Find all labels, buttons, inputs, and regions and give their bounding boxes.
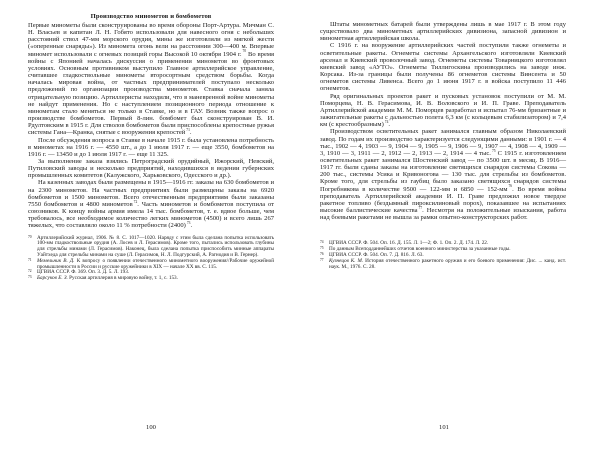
- paragraph: После обсуждения вопроса в Ставке в нача…: [28, 137, 274, 158]
- left-body-text: Первые минометы были сконструированы во …: [28, 22, 274, 230]
- right-footnotes: 74ЦГВИА СССР. Ф. 504. Оп. 16. Д. 155. Л.…: [320, 241, 566, 270]
- page-number: 101: [294, 424, 594, 431]
- paragraph: С 1916 г. на вооружение артиллерийских ч…: [320, 42, 566, 92]
- footnote: 77Кузнецов К. М. История отечественного …: [320, 259, 566, 271]
- footnote-number: 70: [28, 235, 32, 241]
- section-heading: Производство минометов и бомбометов: [28, 13, 274, 21]
- paragraph: Штаты минометных батарей были утверждены…: [320, 21, 566, 42]
- footnote: 70Артиллерийский журнал, 1906. № 8. С. 1…: [28, 236, 274, 259]
- footnote-author: Барсуков Е. З.: [37, 275, 68, 281]
- page-number: 100: [0, 424, 300, 431]
- left-page: Производство минометов и бомбометов Перв…: [0, 0, 300, 455]
- footnote: 73Барсуков Е. З. Русская артиллерия в ми…: [28, 276, 274, 282]
- footnote-number: 71: [28, 258, 32, 264]
- paragraph: Первые минометы были сконструированы во …: [28, 22, 274, 137]
- right-body-text: Штаты минометных батарей были утверждены…: [320, 21, 566, 221]
- left-footnotes: 70Артиллерийский журнал, 1906. № 8. С. 1…: [28, 236, 274, 282]
- footnote-ref[interactable]: 71: [185, 128, 190, 132]
- right-page: Штаты минометных батарей были утверждены…: [300, 0, 600, 455]
- footnote-number: 77: [320, 258, 324, 264]
- footnote-number: 73: [28, 275, 32, 281]
- paragraph: За выполнение заказа взялись Петроградск…: [28, 158, 274, 179]
- paragraph: Производством осветительных ракет занима…: [320, 128, 566, 221]
- paragraph: На казенных заводах были размещены в 191…: [28, 179, 274, 229]
- paragraph: Ряд оригинальных проектов ракет и пусков…: [320, 93, 566, 129]
